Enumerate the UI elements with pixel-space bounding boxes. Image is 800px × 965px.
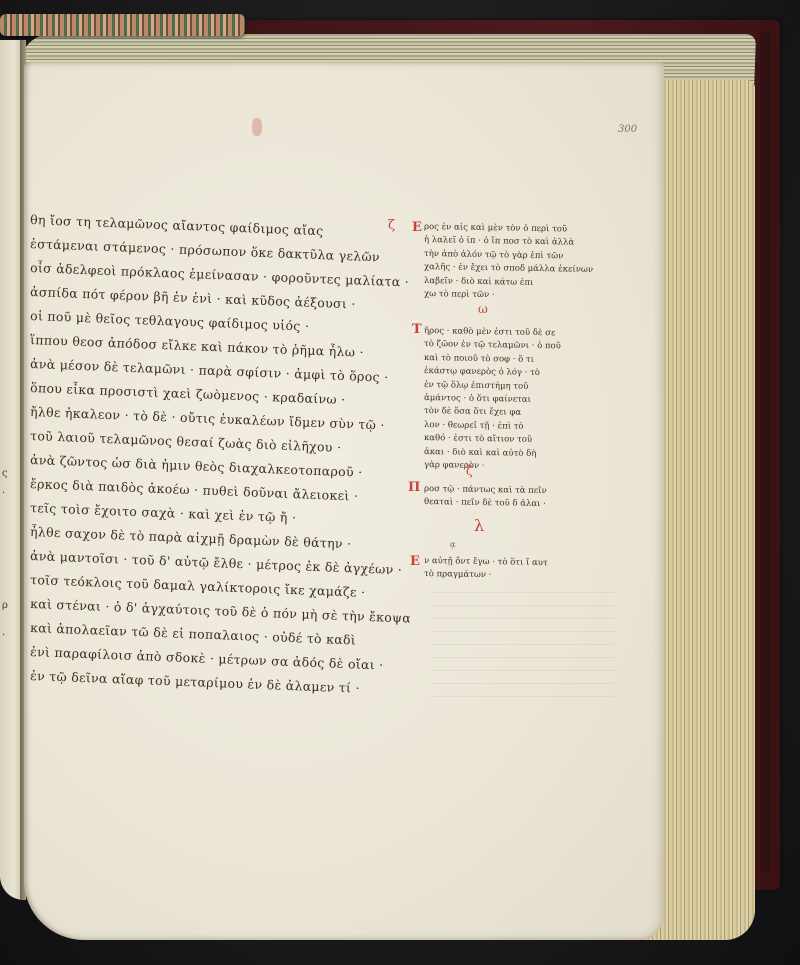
red-initial: Τ — [412, 322, 422, 337]
commentary-block-2: ῆρος · καθὸ μὲν ἐστι τοῦ δὲ σε τὸ ζῶον ἐ… — [424, 326, 609, 473]
margin-fragment: · — [2, 488, 5, 499]
cover-edge — [760, 32, 770, 872]
main-text-column: θη ἴοσ τη τελαμῶνος αἴαντος φαίδιμος αἴα… — [30, 212, 410, 692]
rubric-numeral: λ — [474, 516, 484, 535]
commentary-block-4: ν αὐτῇ ὄντ ἔγω · τὸ ὅτι ἴ αυτ τὸ πραγμάτ… — [424, 556, 609, 583]
red-initial: Π — [408, 480, 420, 495]
faint-ruling-lines — [430, 580, 615, 700]
red-stain-mark — [252, 118, 262, 136]
commentary-block-3: ροσ τῷ · πάντως καὶ τὰ πεῖν θεαταὶ · πεῖ… — [424, 484, 609, 511]
red-initial: Ε — [410, 554, 420, 569]
superscript-abbrev: ᾳ — [450, 540, 455, 549]
folio-number: 300 — [618, 124, 637, 135]
rubric-numeral: ζ — [466, 464, 473, 478]
marginal-rubric: ζ — [388, 218, 395, 233]
margin-fragment: ρ — [2, 600, 8, 611]
margin-fragment: · — [2, 630, 5, 641]
rubric-numeral: ω — [478, 302, 488, 316]
commentary-block-1: ρος ἐν αἷς καὶ μὲν τὸν ὁ περὶ τοῦ ἡ λαλε… — [424, 222, 609, 302]
red-initial: Ε — [412, 220, 422, 235]
headband — [0, 14, 245, 36]
margin-fragment: ς — [2, 468, 8, 479]
